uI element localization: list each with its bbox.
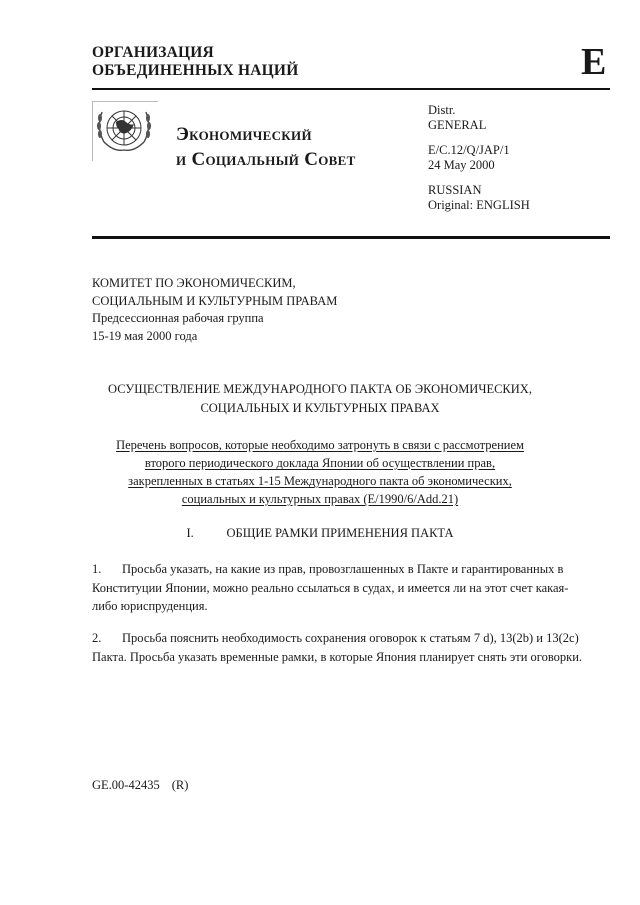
job-number: GE.00-42435 (92, 778, 160, 792)
subtitle-line3: закрепленных в статьях 1-15 Международно… (128, 474, 512, 488)
paragraph-number: 2. (92, 629, 122, 648)
section-title: ОБЩИЕ РАМКИ ПРИМЕНЕНИЯ ПАКТА (227, 526, 454, 540)
subtitle-line1: Перечень вопросов, которые необходимо за… (116, 438, 524, 452)
header-rule-top (92, 88, 610, 90)
council-name-line1: Экономический (176, 122, 356, 147)
document-metadata: Distr. GENERAL E/C.12/Q/JAP/1 24 May 200… (428, 103, 530, 212)
distr-value: GENERAL (428, 118, 530, 133)
paragraph-number: 1. (92, 560, 122, 579)
un-emblem-icon (94, 102, 154, 158)
committee-block: КОМИТЕТ ПО ЭКОНОМИЧЕСКИМ, СОЦИАЛЬНЫМ И К… (92, 275, 337, 345)
footer-job-number: GE.00-42435(R) (92, 777, 188, 793)
document-subtitle: Перечень вопросов, которые необходимо за… (92, 436, 548, 508)
paragraph-text: Просьба пояснить необходимость сохранени… (92, 631, 582, 664)
document-title: ОСУЩЕСТВЛЕНИЕ МЕЖДУНАРОДНОГО ПАКТА ОБ ЭК… (92, 380, 548, 418)
language-letter: E (581, 42, 606, 82)
paragraph-2: 2.Просьба пояснить необходимость сохране… (92, 629, 588, 666)
paragraph-text: Просьба указать, на какие из прав, прово… (92, 562, 568, 613)
subtitle-line2: второго периодического доклада Японии об… (145, 456, 495, 470)
council-name-line2: и Социальный Совет (176, 147, 356, 172)
document-title-line2: СОЦИАЛЬНЫХ И КУЛЬТУРНЫХ ПРАВАХ (92, 399, 548, 418)
committee-line2: СОЦИАЛЬНЫМ И КУЛЬТУРНЫМ ПРАВАМ (92, 293, 337, 311)
organization-name: ОРГАНИЗАЦИЯ ОБЪЕДИНЕННЫХ НАЦИЙ (92, 44, 298, 80)
emblem-frame-left (92, 101, 93, 161)
original-language: Original: ENGLISH (428, 198, 530, 213)
section-heading: I.ОБЩИЕ РАМКИ ПРИМЕНЕНИЯ ПАКТА (92, 525, 548, 541)
distr-label: Distr. (428, 103, 530, 118)
document-symbol: E/C.12/Q/JAP/1 (428, 143, 530, 158)
organization-name-line2: ОБЪЕДИНЕННЫХ НАЦИЙ (92, 62, 298, 80)
document-title-line1: ОСУЩЕСТВЛЕНИЕ МЕЖДУНАРОДНОГО ПАКТА ОБ ЭК… (92, 380, 548, 399)
committee-line1: КОМИТЕТ ПО ЭКОНОМИЧЕСКИМ, (92, 275, 337, 293)
section-number: I. (187, 525, 227, 541)
language-code: (R) (172, 778, 189, 792)
session-dates: 15-19 мая 2000 года (92, 328, 337, 346)
document-language: RUSSIAN (428, 183, 530, 198)
organization-name-line1: ОРГАНИЗАЦИЯ (92, 44, 298, 62)
council-name: Экономический и Социальный Совет (176, 122, 356, 172)
document-date: 24 May 2000 (428, 158, 530, 173)
header-rule-bottom (92, 236, 610, 239)
subtitle-line4: социальных и культурных правах (E/1990/6… (182, 492, 458, 506)
working-group: Предсессионная рабочая группа (92, 310, 337, 328)
paragraph-1: 1.Просьба указать, на какие из прав, про… (92, 560, 588, 616)
